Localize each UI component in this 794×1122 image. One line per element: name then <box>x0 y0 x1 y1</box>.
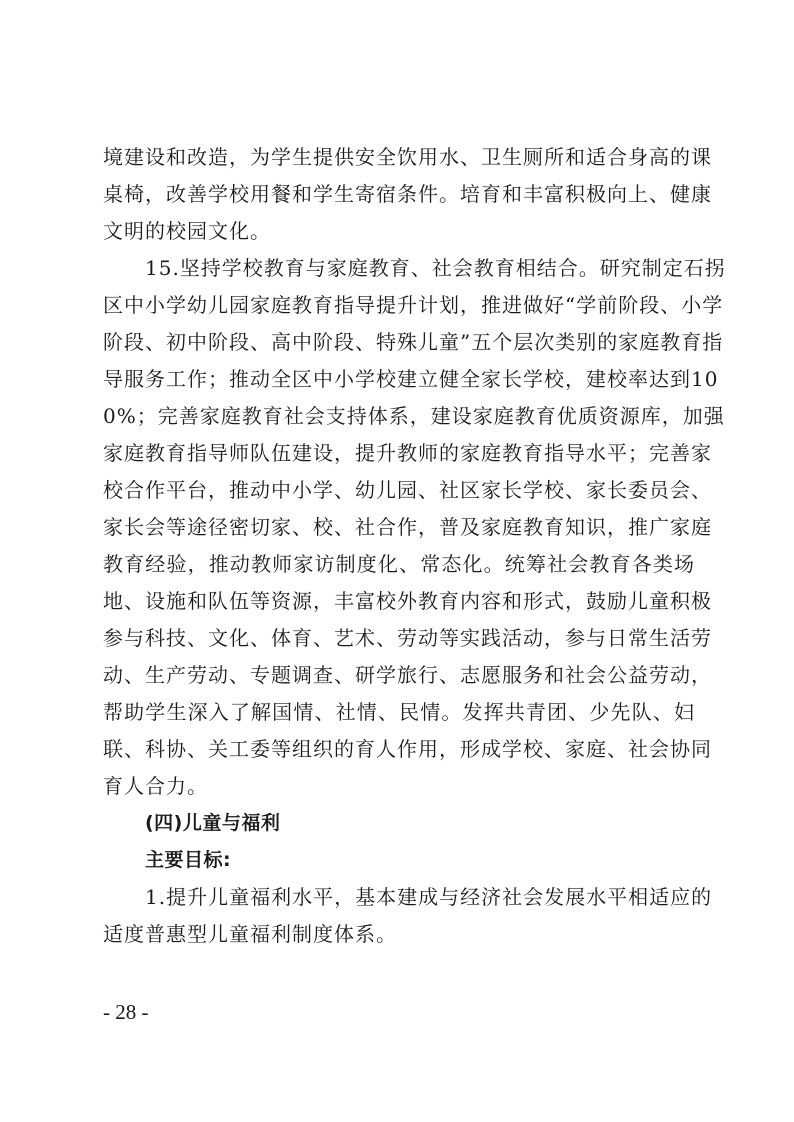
text-line: 适度普惠型儿童福利制度体系。 <box>103 916 695 953</box>
text-line: 桌椅，改善学校用餐和学生寄宿条件。培育和丰富积极向上、健康 <box>103 176 695 213</box>
line-text: 校合作平台，推动中小学、幼儿园、社区家长学校、家长委员会、 <box>103 472 695 509</box>
text-line: 联、科协、关工委等组织的育人作用，形成学校、家庭、社会协同 <box>103 731 695 768</box>
line-text: 适度普惠型儿童福利制度体系。 <box>103 916 695 953</box>
text-line: 导服务工作；推动全区中小学校建立健全家长学校，建校率达到10 <box>103 361 695 398</box>
text-line: 参与科技、文化、体育、艺术、劳动等实践活动，参与日常生活劳 <box>103 620 695 657</box>
line-text: 联、科协、关工委等组织的育人作用，形成学校、家庭、社会协同 <box>103 731 695 768</box>
line-text: 家长会等途径密切家、校、社合作，普及家庭教育知识，推广家庭 <box>103 509 695 546</box>
text-line: 校合作平台，推动中小学、幼儿园、社区家长学校、家长委员会、 <box>103 472 695 509</box>
text-line: 帮助学生深入了解国情、社情、民情。发挥共青团、少先队、妇 <box>103 694 695 731</box>
text-line: 境建设和改造，为学生提供安全饮用水、卫生厕所和适合身高的课 <box>103 139 695 176</box>
text-line: 1.提升儿童福利水平，基本建成与经济社会发展水平相适应的 <box>103 879 695 916</box>
text-line: 阶段、初中阶段、高中阶段、特殊儿童”五个层次类别的家庭教育指 <box>103 324 695 361</box>
text-line: 15.坚持学校教育与家庭教育、社会教育相结合。研究制定石拐 <box>103 250 695 287</box>
section-heading-text: (四)儿童与福利 <box>145 805 695 842</box>
line-text: 育人合力。 <box>103 768 695 805</box>
text-line: 0%；完善家庭教育社会支持体系，建设家庭教育优质资源库，加强 <box>103 398 695 435</box>
subheading: 主要目标: <box>103 842 695 879</box>
line-text: 0%；完善家庭教育社会支持体系，建设家庭教育优质资源库，加强 <box>103 398 695 435</box>
line-text: 教育经验，推动教师家访制度化、常态化。统筹社会教育各类场 <box>103 546 695 583</box>
line-text: 境建设和改造，为学生提供安全饮用水、卫生厕所和适合身高的课 <box>103 139 695 176</box>
document-page: 境建设和改造，为学生提供安全饮用水、卫生厕所和适合身高的课 桌椅，改善学校用餐和… <box>0 0 794 1122</box>
page-number: - 28 - <box>103 1000 149 1025</box>
document-body: 境建设和改造，为学生提供安全饮用水、卫生厕所和适合身高的课 桌椅，改善学校用餐和… <box>103 139 695 953</box>
line-text: 参与科技、文化、体育、艺术、劳动等实践活动，参与日常生活劳 <box>103 620 695 657</box>
line-text: 1.提升儿童福利水平，基本建成与经济社会发展水平相适应的 <box>145 879 695 916</box>
line-text: 帮助学生深入了解国情、社情、民情。发挥共青团、少先队、妇 <box>103 694 695 731</box>
text-line: 动、生产劳动、专题调查、研学旅行、志愿服务和社会公益劳动， <box>103 657 695 694</box>
line-text: 文明的校园文化。 <box>103 213 695 250</box>
line-text: 地、设施和队伍等资源，丰富校外教育内容和形式，鼓励儿童积极 <box>103 583 695 620</box>
line-text: 区中小学幼儿园家庭教育指导提升计划，推进做好“学前阶段、小学 <box>103 287 695 324</box>
line-text: 导服务工作；推动全区中小学校建立健全家长学校，建校率达到10 <box>103 361 695 398</box>
line-text: 动、生产劳动、专题调查、研学旅行、志愿服务和社会公益劳动， <box>103 657 695 694</box>
line-text: 家庭教育指导师队伍建设，提升教师的家庭教育指导水平；完善家 <box>103 435 695 472</box>
text-line: 文明的校园文化。 <box>103 213 695 250</box>
text-line: 教育经验，推动教师家访制度化、常态化。统筹社会教育各类场 <box>103 546 695 583</box>
text-line: 区中小学幼儿园家庭教育指导提升计划，推进做好“学前阶段、小学 <box>103 287 695 324</box>
subheading-text: 主要目标: <box>145 842 695 879</box>
text-line: 地、设施和队伍等资源，丰富校外教育内容和形式，鼓励儿童积极 <box>103 583 695 620</box>
line-text: 阶段、初中阶段、高中阶段、特殊儿童”五个层次类别的家庭教育指 <box>103 324 695 361</box>
text-line: 家长会等途径密切家、校、社合作，普及家庭教育知识，推广家庭 <box>103 509 695 546</box>
line-text: 桌椅，改善学校用餐和学生寄宿条件。培育和丰富积极向上、健康 <box>103 176 695 213</box>
section-heading: (四)儿童与福利 <box>103 805 695 842</box>
text-line: 家庭教育指导师队伍建设，提升教师的家庭教育指导水平；完善家 <box>103 435 695 472</box>
line-text: 15.坚持学校教育与家庭教育、社会教育相结合。研究制定石拐 <box>145 250 695 287</box>
text-line: 育人合力。 <box>103 768 695 805</box>
